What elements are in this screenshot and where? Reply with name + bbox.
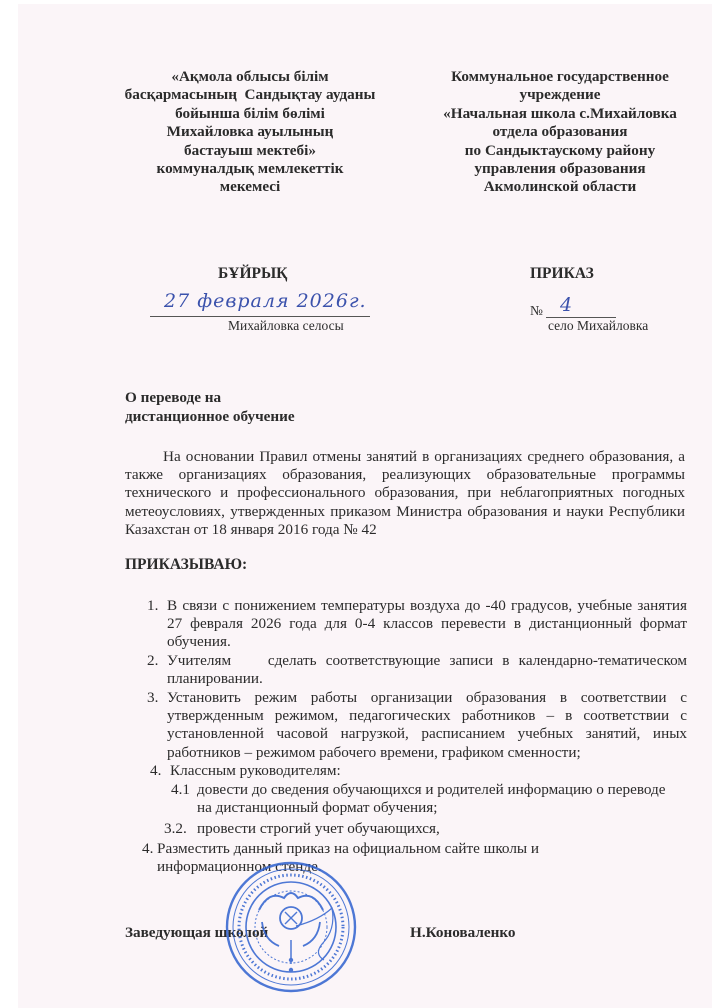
number-line: 4: [546, 300, 616, 318]
item-text: Классным руководителям:: [170, 762, 690, 780]
order-item-2: 2. Учителям сделать соответствующие запи…: [147, 652, 687, 688]
order-title-kazakh: БҰЙРЫҚ: [218, 265, 287, 283]
number-label: №: [530, 303, 543, 319]
place-russian: село Михайловка: [548, 318, 648, 334]
place-kazakh: Михайловка селосы: [228, 318, 344, 334]
item-number: 4.: [142, 840, 153, 858]
item-number: 1.: [147, 597, 158, 615]
signature-name: Н.Коноваленко: [410, 924, 516, 942]
header-kazakh-org: «Ақмола облысы білім басқармасының Санды…: [100, 68, 400, 197]
official-stamp-icon: [224, 860, 358, 994]
item-text: довести до сведения обучающихся и родите…: [197, 781, 671, 817]
order-item-3-2: 3.2. провести строгий учет обучающихся,: [164, 820, 664, 838]
item-text-content: довести до сведения обучающихся и родите…: [197, 781, 666, 816]
item-number: 4.: [150, 762, 161, 780]
item-number: 3.: [147, 689, 158, 707]
order-item-4: 4. Классным руководителям:: [150, 762, 690, 780]
item-text: В связи с понижением температуры воздуха…: [167, 597, 687, 652]
order-item-5: 4. Разместить данный приказ на официальн…: [142, 840, 612, 876]
item-text: Учителям сделать соответствующие записи …: [167, 652, 687, 688]
preamble-paragraph: На основании Правил отмены занятий в орг…: [125, 448, 685, 539]
subject: О переводе на дистанционное обучение: [125, 388, 295, 426]
item-number: 3.2.: [164, 820, 187, 838]
subject-line-1: О переводе на: [125, 388, 295, 407]
handwritten-date: 27 февраля 2026г.: [164, 290, 367, 312]
order-title-russian: ПРИКАЗ: [530, 265, 594, 283]
subject-line-2: дистанционное обучение: [125, 407, 295, 426]
order-item-3: 3. Установить режим работы организации о…: [147, 689, 687, 762]
item-text: провести строгий учет обучающихся,: [197, 820, 664, 838]
header-russian-org: Коммунальное государственное учреждение …: [410, 68, 710, 197]
order-item-4-1: 4.1 довести до сведения обучающихся и ро…: [171, 781, 671, 817]
handwritten-number: 4: [560, 294, 573, 316]
order-item-1: 1. В связи с понижением температуры возд…: [147, 597, 687, 652]
item-number: 4.1: [171, 781, 190, 799]
item-number: 2.: [147, 652, 158, 670]
date-line: 27 февраля 2026г.: [150, 296, 370, 317]
order-word: ПРИКАЗЫВАЮ:: [125, 556, 247, 574]
item-text: Установить режим работы организации обра…: [167, 689, 687, 762]
